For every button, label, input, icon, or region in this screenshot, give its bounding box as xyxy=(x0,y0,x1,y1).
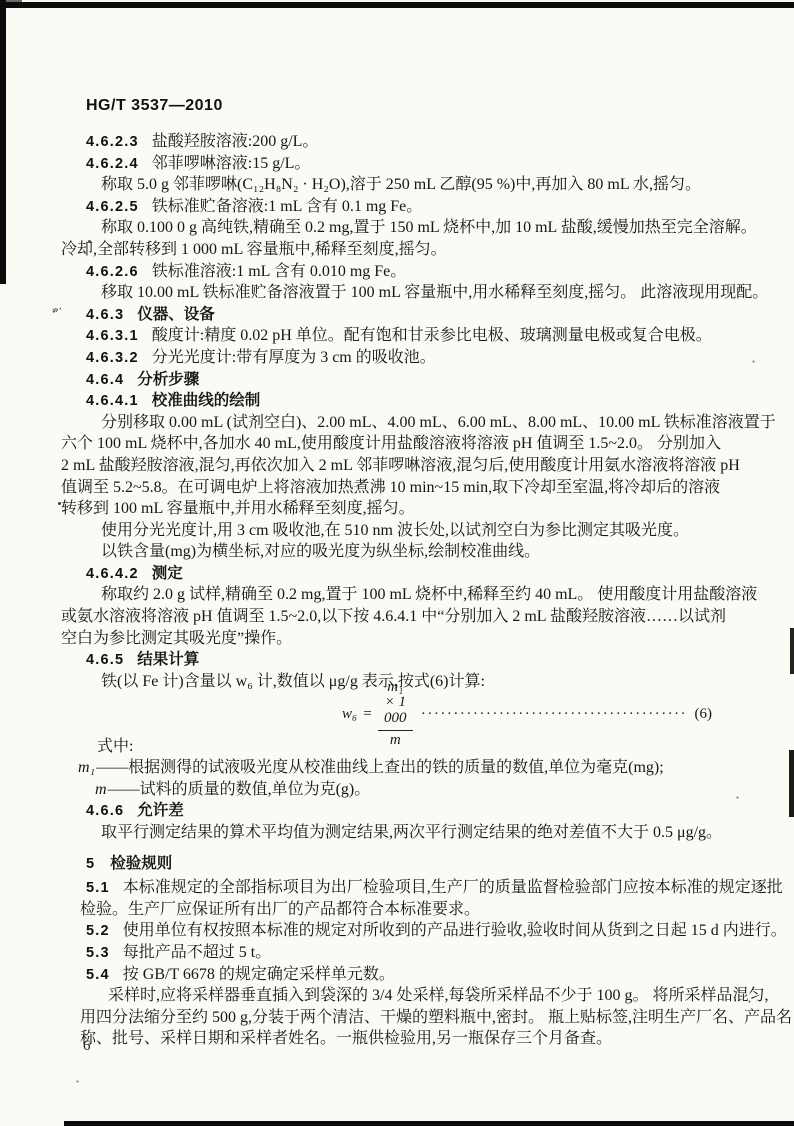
paragraph-line: 转移到 100 mL 容量瓶中,并用水稀释至刻度,摇匀。 xyxy=(61,498,720,520)
clause-number: 4.6.4.1 xyxy=(86,393,139,409)
clause-number: 4.6.3 xyxy=(86,307,124,323)
paragraph-line: 取平行测定结果的算术平均值为测定结果,两次平行测定结果的绝对差值不大于 0.5 … xyxy=(101,822,720,844)
scan-artifact-right-mark xyxy=(790,628,794,674)
line-text: 铁标准贮备溶液:1 mL 含有 0.1 mg Fe。 xyxy=(152,198,423,215)
clause-number: 4.6.5 xyxy=(86,652,124,668)
section-heading: 4.6.5结果计算 xyxy=(86,649,720,671)
line-text: 值调至 5.2~5.8。在可调电炉上将溶液加热煮沸 10 min~15 min,… xyxy=(61,479,720,496)
formula-row: w₆=m₁ × 1 000m··························… xyxy=(86,692,720,735)
line-text: 移取 10.00 mL 铁标准贮备溶液置于 100 mL 容量瓶中,用水稀释至刻… xyxy=(101,284,768,301)
paragraph-line: 用四分法缩分至约 500 g,分装于两个清洁、干燥的塑料瓶中,密封。 瓶上贴标签… xyxy=(80,1007,720,1029)
scanned-standard-page: »· HG/T 3537—2010 4.6.2.3盐酸羟胺溶液:200 g/L。… xyxy=(0,0,794,1126)
line-text: 邻菲啰啉溶液:15 g/L。 xyxy=(152,155,311,172)
paragraph-line: 检验。生产厂应保证所有出厂的产品都符合本标准要求。 xyxy=(80,899,720,921)
dot-leader: ········································… xyxy=(421,706,687,723)
line-text: 分光光度计:带有厚度为 3 cm 的吸收池。 xyxy=(152,349,436,366)
clause-line: 5.3每批产品不超过 5 t。 xyxy=(86,942,720,964)
clause-number: 4.6.4.2 xyxy=(86,566,139,582)
clause-line: 5.1本标准规定的全部指标项目为出厂检验项目,生产厂的质量监督检验部门应按本标准… xyxy=(86,877,720,899)
line-text: 铁(以 Fe 计)含量以 w₆ 计,数值以 μg/g 表示,按式(6)计算: xyxy=(101,673,485,690)
line-text: 称取 5.0 g 邻菲啰啉(C₁₂H₈N₂ · H₂O),溶于 250 mL 乙… xyxy=(101,176,701,193)
line-text: 使用单位有权按照本标准的规定对所收到的产品进行验收,验收时间从货到之日起 15 … xyxy=(123,922,787,939)
paragraph-line: 以铁含量(mg)为横坐标,对应的吸光度为纵坐标,绘制校准曲线。 xyxy=(101,541,720,563)
paragraph-line: 称取 0.100 0 g 高纯铁,精确至 0.2 mg,置于 150 mL 烧杯… xyxy=(101,217,720,239)
paragraph-line: 六个 100 mL 烧杯中,各加水 40 mL,使用酸度计用盐酸溶液将溶液 pH… xyxy=(61,433,720,455)
clause-line: 5.4按 GB/T 6678 的规定确定采样单元数。 xyxy=(86,964,720,986)
scan-artifact-top-bar xyxy=(0,2,794,8)
line-text: 本标准规定的全部指标项目为出厂检验项目,生产厂的质量监督检验部门应按本标准的规定… xyxy=(123,879,783,896)
paragraph-line: 值调至 5.2~5.8。在可调电炉上将溶液加热煮沸 10 min~15 min,… xyxy=(61,477,720,499)
paragraph-line: 分别移取 0.00 mL (试剂空白)、2.00 mL、4.00 mL、6.00… xyxy=(101,412,720,434)
line-text: 校准曲线的绘制 xyxy=(152,392,261,409)
clause-number: 4.6.3.2 xyxy=(86,350,139,366)
scan-artifact-bottom-bar xyxy=(64,1121,794,1126)
line-text: 每批产品不超过 5 t。 xyxy=(123,944,271,961)
paragraph-line: 冷却,全部转移到 1 000 mL 容量瓶中,稀释至刻度,摇匀。 xyxy=(61,239,720,261)
line-text: 称、批号、采样日期和采样者姓名。一瓶供检验用,另一瓶保存三个月备查。 xyxy=(80,1030,612,1047)
line-text: ——试料的质量的数值,单位为克(g)。 xyxy=(108,781,371,798)
clause-line: 4.6.2.4邻菲啰啉溶液:15 g/L。 xyxy=(86,153,720,175)
clause-line: 4.6.2.3盐酸羟胺溶液:200 g/L。 xyxy=(86,131,720,153)
line-text: 测定 xyxy=(152,565,183,582)
fraction: m₁ × 1 000m xyxy=(378,680,413,749)
paragraph-line: 称取约 2.0 g 试样,精确至 0.2 mg,置于 100 mL 烧杯中,稀释… xyxy=(101,584,720,606)
paragraph-line: 称、批号、采样日期和采样者姓名。一瓶供检验用,另一瓶保存三个月备查。 xyxy=(80,1028,720,1050)
line-text: ——根据测得的试液吸光度从校准曲线上查出的铁的质量的数值,单位为毫克(mg); xyxy=(96,759,664,776)
line-text: 分别移取 0.00 mL (试剂空白)、2.00 mL、4.00 mL、6.00… xyxy=(101,414,776,431)
clause-number: 4.6.2.6 xyxy=(86,264,139,280)
clause-number: 4.6.4 xyxy=(86,372,124,388)
line-text: 称取约 2.0 g 试样,精确至 0.2 mg,置于 100 mL 烧杯中,稀释… xyxy=(101,586,757,603)
fraction-denominator: m xyxy=(378,731,413,749)
line-text: 式中: xyxy=(97,738,133,755)
paragraph-line: 称取 5.0 g 邻菲啰啉(C₁₂H₈N₂ · H₂O),溶于 250 mL 乙… xyxy=(101,174,720,196)
formula-variable: m₁ xyxy=(78,759,95,776)
paragraph-line: 使用分光光度计,用 3 cm 吸收池,在 510 nm 波长处,以试剂空白为参比… xyxy=(101,520,720,542)
equals-sign: = xyxy=(363,706,371,723)
line-text: 允许差 xyxy=(137,802,184,819)
line-text: 六个 100 mL 烧杯中,各加水 40 mL,使用酸度计用盐酸溶液将溶液 pH… xyxy=(61,435,721,452)
section-heading: 4.6.6允许差 xyxy=(86,800,720,822)
clause-number: 5.1 xyxy=(86,880,110,896)
standard-number-header: HG/T 3537—2010 xyxy=(86,97,223,115)
line-text: 酸度计:精度 0.02 pH 单位。配有饱和甘汞参比电极、玻璃测量电极或复合电极… xyxy=(152,327,712,344)
line-text: 分析步骤 xyxy=(137,371,199,388)
paragraph-line: 采样时,应将采样器垂直插入到袋深的 3/4 处采样,每袋所采样品不少于 100 … xyxy=(108,985,720,1007)
clause-number: 4.6.2.4 xyxy=(86,156,139,172)
clause-line: 4.6.2.5铁标准贮备溶液:1 mL 含有 0.1 mg Fe。 xyxy=(86,196,720,218)
formula-term-definition: m——试料的质量的数值,单位为克(g)。 xyxy=(95,779,720,801)
clause-number: 5.4 xyxy=(86,967,110,983)
line-text: 仪器、设备 xyxy=(137,306,215,323)
line-text: 2 mL 盐酸羟胺溶液,混匀,再依次加入 2 mL 邻菲啰啉溶液,混匀后,使用酸… xyxy=(61,457,740,474)
formula-variable: m xyxy=(95,781,107,798)
line-text: 转移到 100 mL 容量瓶中,并用水稀释至刻度,摇匀。 xyxy=(61,500,415,517)
section-heading: 4.6.4.1校准曲线的绘制 xyxy=(86,390,720,412)
scan-artifact-squiggle: »· xyxy=(51,302,64,317)
line-text: 检验规则 xyxy=(110,855,172,872)
paragraph-line: 移取 10.00 mL 铁标准贮备溶液置于 100 mL 容量瓶中,用水稀释至刻… xyxy=(101,282,720,304)
section-heading: 4.6.4分析步骤 xyxy=(86,369,720,391)
line-text: 结果计算 xyxy=(137,651,199,668)
clause-line: 4.6.3.1酸度计:精度 0.02 pH 单位。配有饱和甘汞参比电极、玻璃测量… xyxy=(86,325,720,347)
line-text: 铁标准溶液:1 mL 含有 0.010 mg Fe。 xyxy=(152,263,407,280)
line-text: 采样时,应将采样器垂直插入到袋深的 3/4 处采样,每袋所采样品不少于 100 … xyxy=(108,987,768,1004)
clause-line: 4.6.2.6铁标准溶液:1 mL 含有 0.010 mg Fe。 xyxy=(86,261,720,283)
clause-number: 5.2 xyxy=(86,923,110,939)
formula-variable: w₆ xyxy=(342,706,357,723)
section-heading: 4.6.4.2测定 xyxy=(86,563,720,585)
line-text: 取平行测定结果的算术平均值为测定结果,两次平行测定结果的绝对差值不大于 0.5 … xyxy=(101,824,722,841)
page-number: 6 xyxy=(83,1038,91,1055)
line-text: 称取 0.100 0 g 高纯铁,精确至 0.2 mg,置于 150 mL 烧杯… xyxy=(101,219,757,236)
line-text: 或氨水溶液将溶液 pH 值调至 1.5~2.0,以下按 4.6.4.1 中“分别… xyxy=(61,608,726,625)
document-body: 4.6.2.3盐酸羟胺溶液:200 g/L。4.6.2.4邻菲啰啉溶液:15 g… xyxy=(86,131,720,1050)
line-text: 使用分光光度计,用 3 cm 吸收池,在 510 nm 波长处,以试剂空白为参比… xyxy=(101,522,689,539)
scan-artifact-right-mark xyxy=(789,750,794,817)
clause-line: 5.2使用单位有权按照本标准的规定对所收到的产品进行验收,验收时间从货到之日起 … xyxy=(86,920,720,942)
equation-number: (6) xyxy=(695,706,713,723)
clause-number: 4.6.3.1 xyxy=(86,328,139,344)
clause-number: 4.6.2.5 xyxy=(86,199,139,215)
paragraph-line: 2 mL 盐酸羟胺溶液,混匀,再依次加入 2 mL 邻菲啰啉溶液,混匀后,使用酸… xyxy=(61,455,720,477)
clause-number: 5.3 xyxy=(86,945,110,961)
paragraph-line: 或氨水溶液将溶液 pH 值调至 1.5~2.0,以下按 4.6.4.1 中“分别… xyxy=(61,606,720,628)
line-text: 空白为参比测定其吸光度”操作。 xyxy=(61,630,292,647)
section-heading: 4.6.3仪器、设备 xyxy=(86,304,720,326)
line-text: 以铁含量(mg)为横坐标,对应的吸光度为纵坐标,绘制校准曲线。 xyxy=(101,543,540,560)
line-text: 冷却,全部转移到 1 000 mL 容量瓶中,稀释至刻度,摇匀。 xyxy=(61,241,447,258)
formula-term-definition: m₁——根据测得的试液吸光度从校准曲线上查出的铁的质量的数值,单位为毫克(mg)… xyxy=(78,757,720,779)
clause-line: 4.6.3.2分光光度计:带有厚度为 3 cm 的吸收池。 xyxy=(86,347,720,369)
chapter-heading: 5检验规则 xyxy=(86,853,720,875)
line-text: 按 GB/T 6678 的规定确定采样单元数。 xyxy=(123,966,395,983)
clause-number: 4.6.2.3 xyxy=(86,134,139,150)
clause-number: 5 xyxy=(86,856,95,872)
clause-number: 4.6.6 xyxy=(86,803,124,819)
scan-artifact-left-bar xyxy=(0,0,6,284)
fraction-numerator: m₁ × 1 000 xyxy=(378,680,413,731)
paragraph-line: 空白为参比测定其吸光度”操作。 xyxy=(61,628,720,650)
line-text: 检验。生产厂应保证所有出厂的产品都符合本标准要求。 xyxy=(80,901,480,918)
line-text: 用四分法缩分至约 500 g,分装于两个清洁、干燥的塑料瓶中,密封。 瓶上贴标签… xyxy=(80,1009,792,1026)
line-text: 盐酸羟胺溶液:200 g/L。 xyxy=(152,133,319,150)
